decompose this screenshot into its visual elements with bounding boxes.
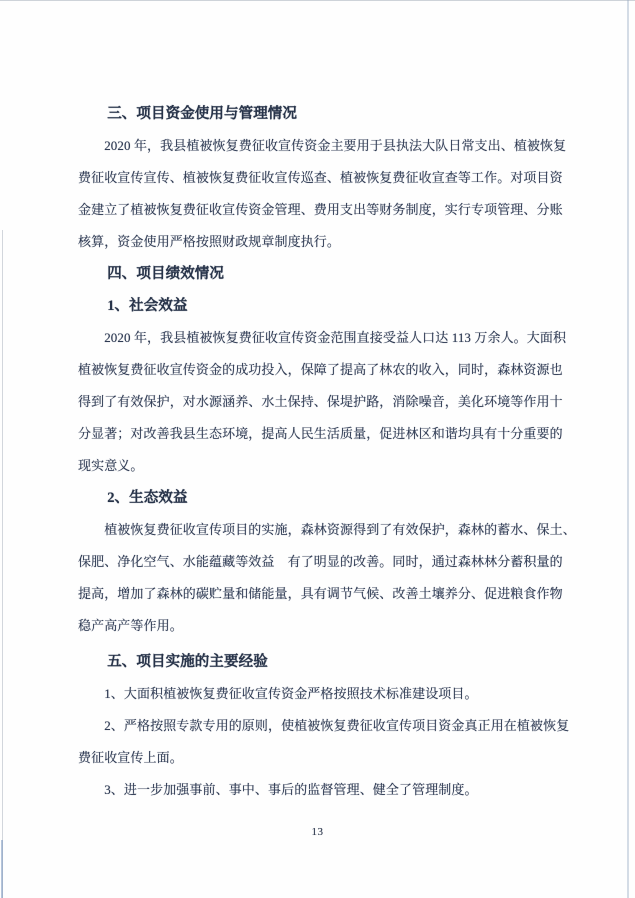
paragraph-line: 得到了有效保护，对水源涵养、水土保持、保堤护路，消除噪音，美化环境等作用十 (78, 386, 578, 418)
page-footer: 13 (0, 822, 635, 840)
paragraph-line: 保肥、净化空气、水能蕴藏等效益 有了明显的改善。同时，通过森林林分蓄积量的 (78, 546, 578, 578)
scan-edge-left-bottom (1, 840, 3, 898)
scan-edge-right (627, 0, 629, 898)
subheading-line: 2、生态效益 (78, 482, 578, 514)
paragraph-line: 2、严格按照专款专用的原则，使植被恢复费征收宣传项目资金真正用在植被恢复 (78, 710, 578, 742)
paragraph-line: 2020 年，我县植被恢复费征收宣传资金范围直接受益人口达 113 万余人。大面… (78, 322, 578, 354)
paragraph-line: 2020 年，我县植被恢复费征收宣传资金主要用于县执法大队日常支出、植被恢复 (78, 130, 578, 162)
paragraph-line: 核算，资金使用严格按照财政规章制度执行。 (78, 226, 578, 258)
scanned-document-page: 三、项目资金使用与管理情况 2020 年，我县植被恢复费征收宣传资金主要用于县执… (0, 0, 635, 898)
heading-line: 四、项目绩效情况 (78, 258, 578, 290)
paragraph-line: 提高，增加了森林的碳贮量和储能量，具有调节气候、改善土壤养分、促进粮食作物 (78, 578, 578, 610)
heading-line: 五、项目实施的主要经验 (78, 646, 578, 678)
paragraph-line: 植被恢复费征收宣传资金的成功投入，保障了提高了林农的收入，同时，森林资源也 (78, 354, 578, 386)
page-number: 13 (312, 826, 324, 838)
paragraph-line: 费征收宣传上面。 (78, 742, 578, 774)
paragraph-line: 费征收宣传宣传、植被恢复费征收宣传巡查、植被恢复费征收宣查等工作。对项目资 (78, 162, 578, 194)
paragraph-line: 1、大面积植被恢复费征收宣传资金严格按照技术标准建设项目。 (78, 678, 578, 710)
subheading-line: 1、社会效益 (78, 290, 578, 322)
heading-line: 三、项目资金使用与管理情况 (78, 98, 578, 130)
paragraph-line: 稳产高产等作用。 (78, 610, 578, 642)
paragraph-line: 分显著；对改善我县生态环境，提高人民生活质量，促进林区和谐均具有十分重要的 (78, 418, 578, 450)
paragraph-line: 现实意义。 (78, 450, 578, 482)
scan-edge-top (0, 0, 635, 1)
scan-edge-left (2, 230, 3, 898)
document-body: 三、项目资金使用与管理情况 2020 年，我县植被恢复费征收宣传资金主要用于县执… (78, 98, 578, 806)
paragraph-line: 植被恢复费征收宣传项目的实施，森林资源得到了有效保护，森林的蓄水、保土、 (78, 514, 578, 546)
paragraph-line: 3、进一步加强事前、事中、事后的监督管理、健全了管理制度。 (78, 774, 578, 806)
paragraph-line: 金建立了植被恢复费征收宣传资金管理、费用支出等财务制度，实行专项管理、分账 (78, 194, 578, 226)
